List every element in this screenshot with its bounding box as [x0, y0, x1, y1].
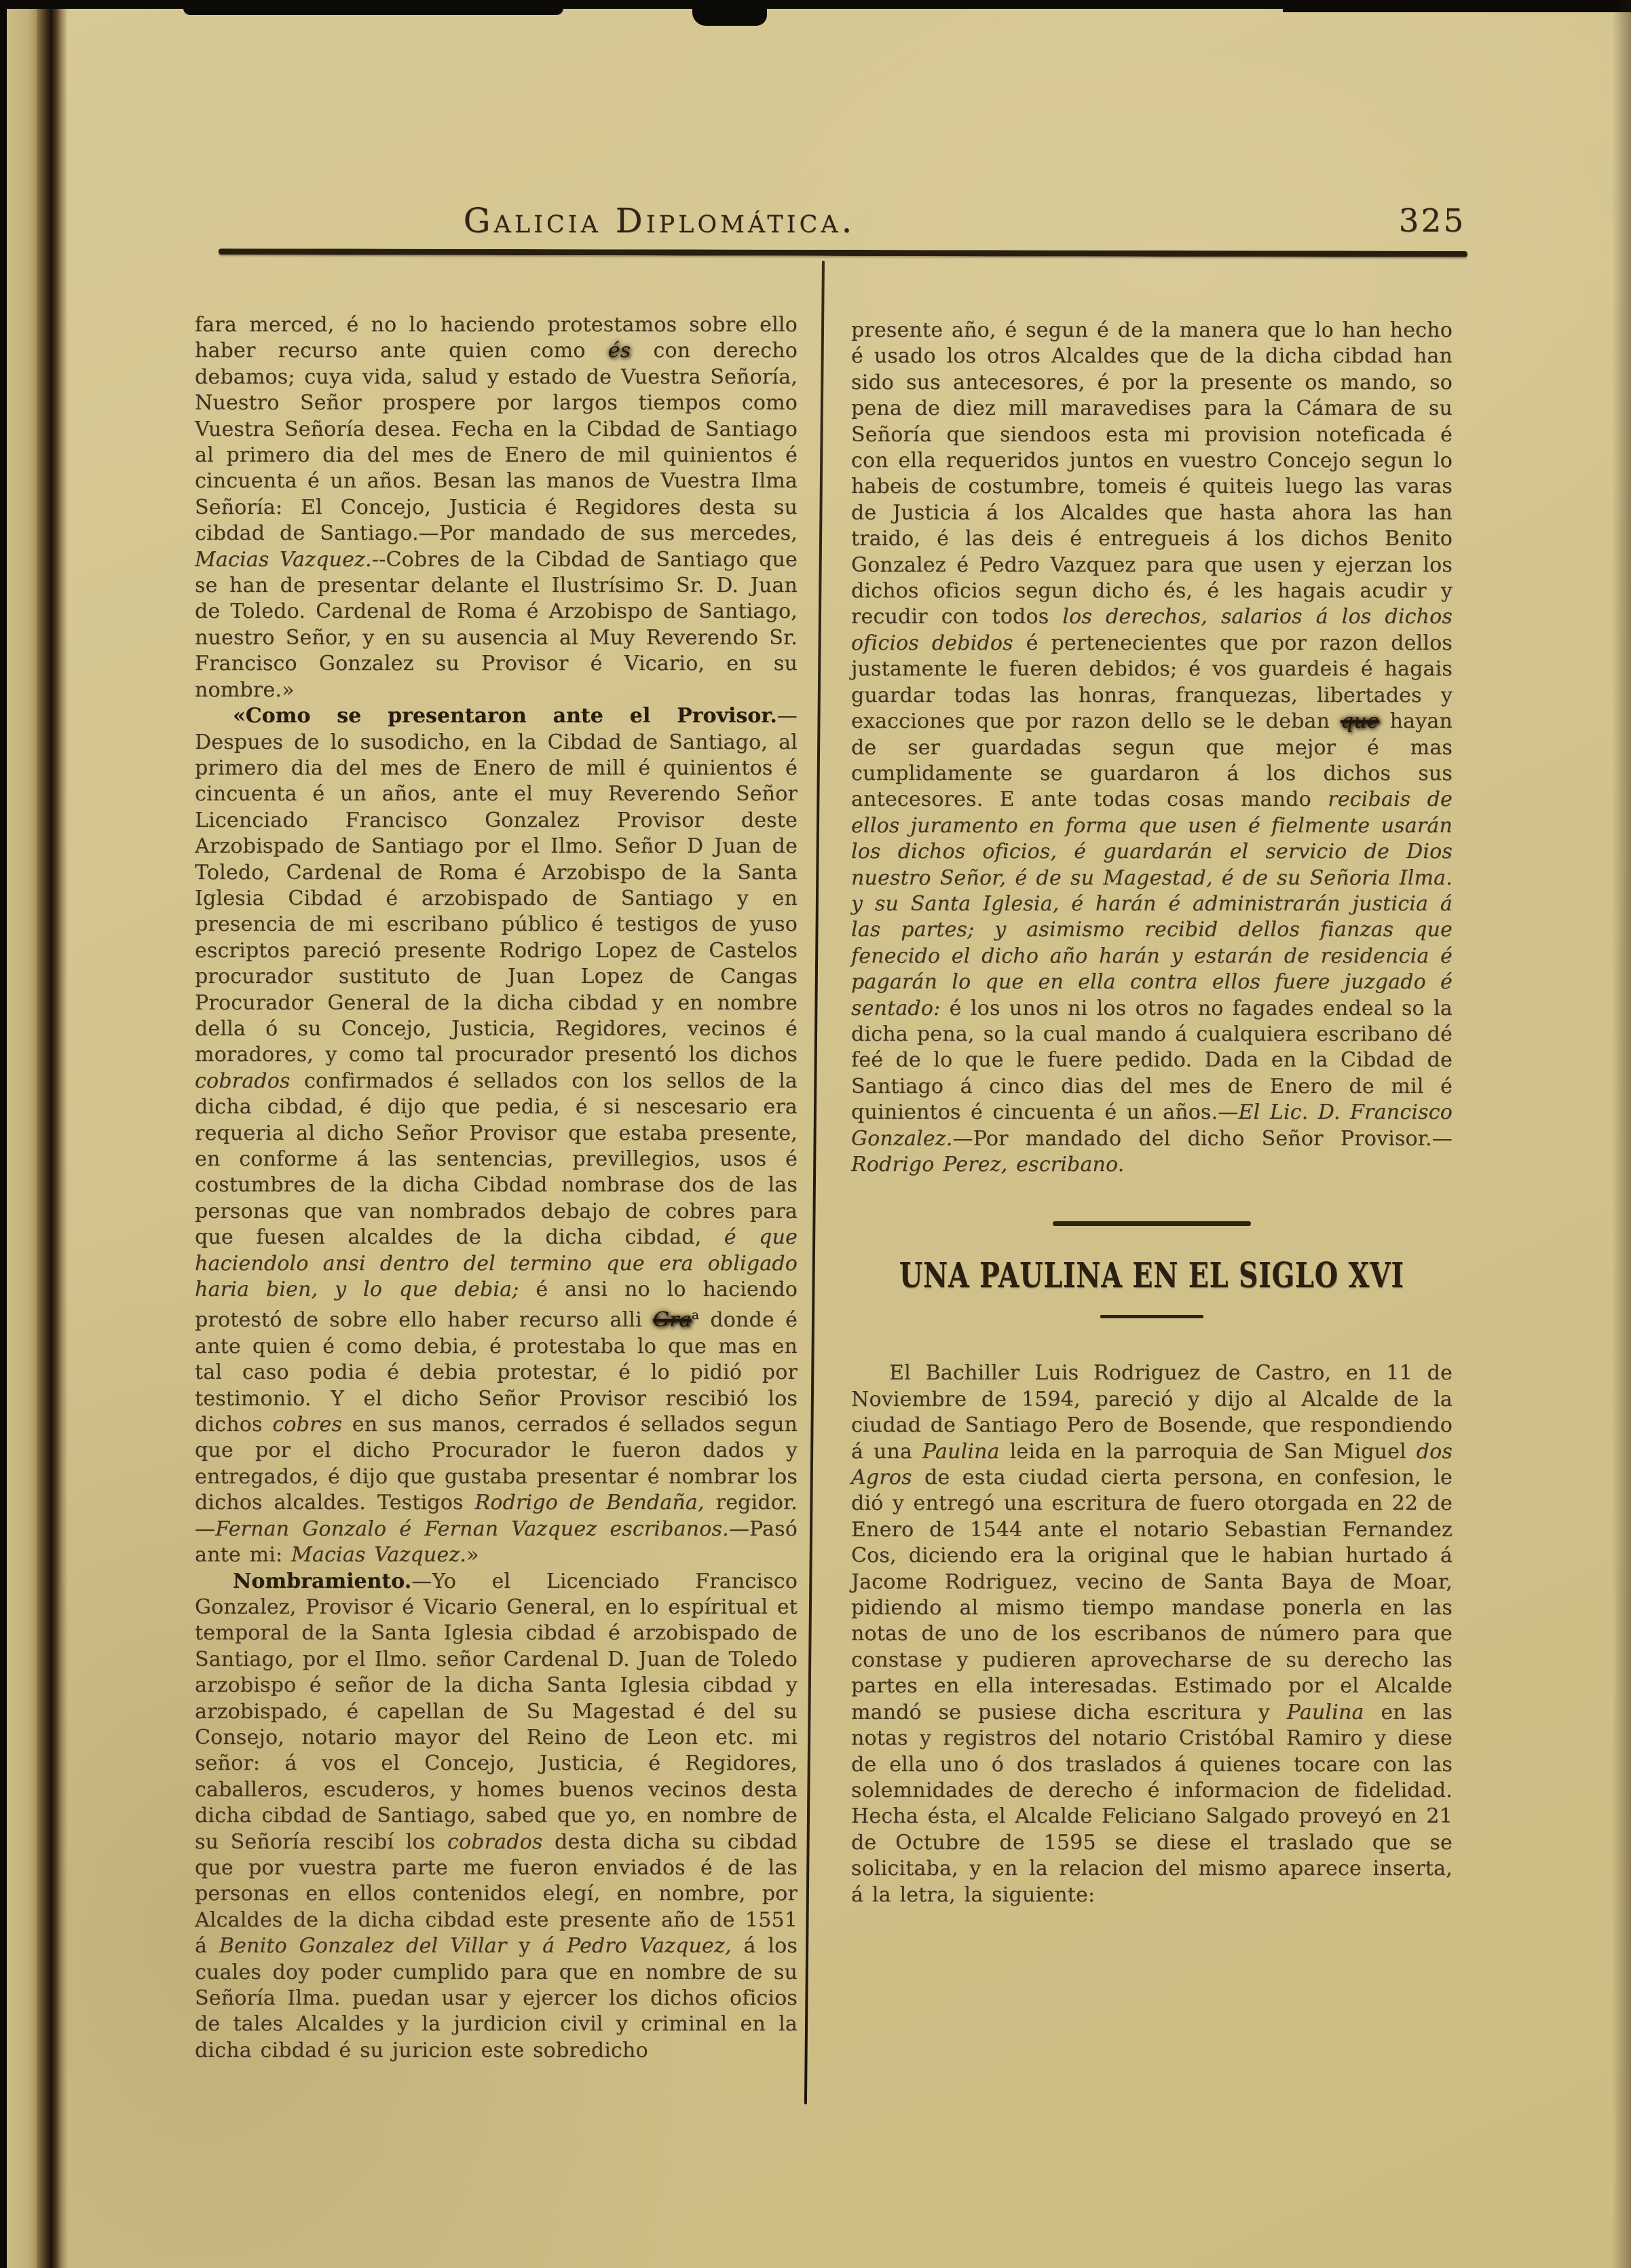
paragraph: Nombramiento.—Yo el Licenciado Francisco…: [195, 1569, 798, 2064]
scan-top-edge-shadow: [183, 7, 563, 15]
text-segment: «Como se presentaron ante el Provisor.: [233, 704, 777, 728]
scan-top-edge-right: [1283, 7, 1631, 12]
heading-underline-rule: [1100, 1315, 1203, 1318]
binding-gutter-shadow: [37, 0, 68, 2268]
right-column: presente año, é segun é de la manera que…: [851, 318, 1452, 1908]
text-segment: Rodrigo Perez, escribano.: [851, 1153, 1125, 1176]
left-column: fara merced, é no lo haciendo protestamo…: [195, 312, 798, 2064]
text-segment: —Despues de lo susodicho, en la Cibdad d…: [195, 704, 798, 1066]
text-segment: Paulina: [922, 1440, 1000, 1464]
text-segment: presente año, é segun é de la manera que…: [851, 318, 1452, 629]
text-segment: cobrados: [447, 1830, 543, 1854]
section-heading-text: UNA PAULINA EN EL SIGLO XVI: [899, 1256, 1404, 1296]
text-segment: y: [506, 1934, 542, 1958]
text-segment: —Por mandado del dicho Señor Provisor.—: [953, 1127, 1452, 1151]
text-segment: á Pedro Vazquez,: [542, 1934, 732, 1958]
adjacent-page-edge: [7, 0, 37, 2268]
ink-smudge: Gra: [653, 1308, 692, 1332]
text-segment: Benito Gonzalez del Villar: [219, 1934, 507, 1958]
article-divider-rule: [1053, 1221, 1251, 1226]
text-segment: recibais de ellos juramento en forma que…: [851, 787, 1452, 1020]
text-segment: Rodrigo de Bendaña,: [475, 1491, 705, 1514]
text-segment: a: [692, 1308, 699, 1322]
text-segment: con derecho debamos; cuya vida, salud y …: [195, 339, 798, 545]
scanned-page: { "header": { "title": "Galicia Diplomát…: [0, 0, 1631, 2268]
section-heading: UNA PAULINA EN EL SIGLO XVI: [851, 1257, 1452, 1295]
paragraph: El Bachiller Luis Rodriguez de Castro, e…: [851, 1360, 1452, 1908]
text-segment: de esta ciudad cierta persona, en confes…: [851, 1466, 1452, 1724]
text-segment: cobres: [272, 1413, 342, 1436]
text-segment: en las notas y registros del notario Cri…: [851, 1700, 1452, 1907]
paragraph: presente año, é segun é de la manera que…: [851, 318, 1452, 1178]
page-title: Galicia Diplomática.: [68, 201, 1251, 240]
text-segment: Nombramiento.: [233, 1569, 411, 1593]
text-segment: confirmados é sellados con los sellos de…: [195, 1069, 798, 1249]
text-segment: »: [466, 1543, 479, 1567]
paragraph: «Como se presentaron ante el Provisor.—D…: [195, 703, 798, 1568]
text-segment: cobrados: [195, 1069, 290, 1093]
running-header: Galicia Diplomática. 325: [68, 201, 1631, 248]
scan-top-edge-notch: [692, 5, 767, 26]
text-segment: Paulina: [1287, 1700, 1364, 1724]
text-segment: —Yo el Licenciado Francisco Gonzalez, Pr…: [195, 1569, 798, 1854]
text-segment: Macias Vazquez.: [195, 548, 372, 572]
scan-right-edge-shadow: [1612, 0, 1631, 2268]
paragraph: fara merced, é no lo haciendo protestamo…: [195, 312, 798, 703]
page-number: 325: [1357, 202, 1507, 240]
ink-smudge: és: [608, 339, 631, 362]
ink-smudge: que: [1341, 709, 1379, 733]
text-segment: Fernan Gonzalo é Fernan Vazquez escriban…: [215, 1517, 729, 1541]
text-segment: Macias Vazquez.: [291, 1543, 466, 1567]
text-segment: leida en la parroquia de San Miguel: [1000, 1440, 1417, 1464]
